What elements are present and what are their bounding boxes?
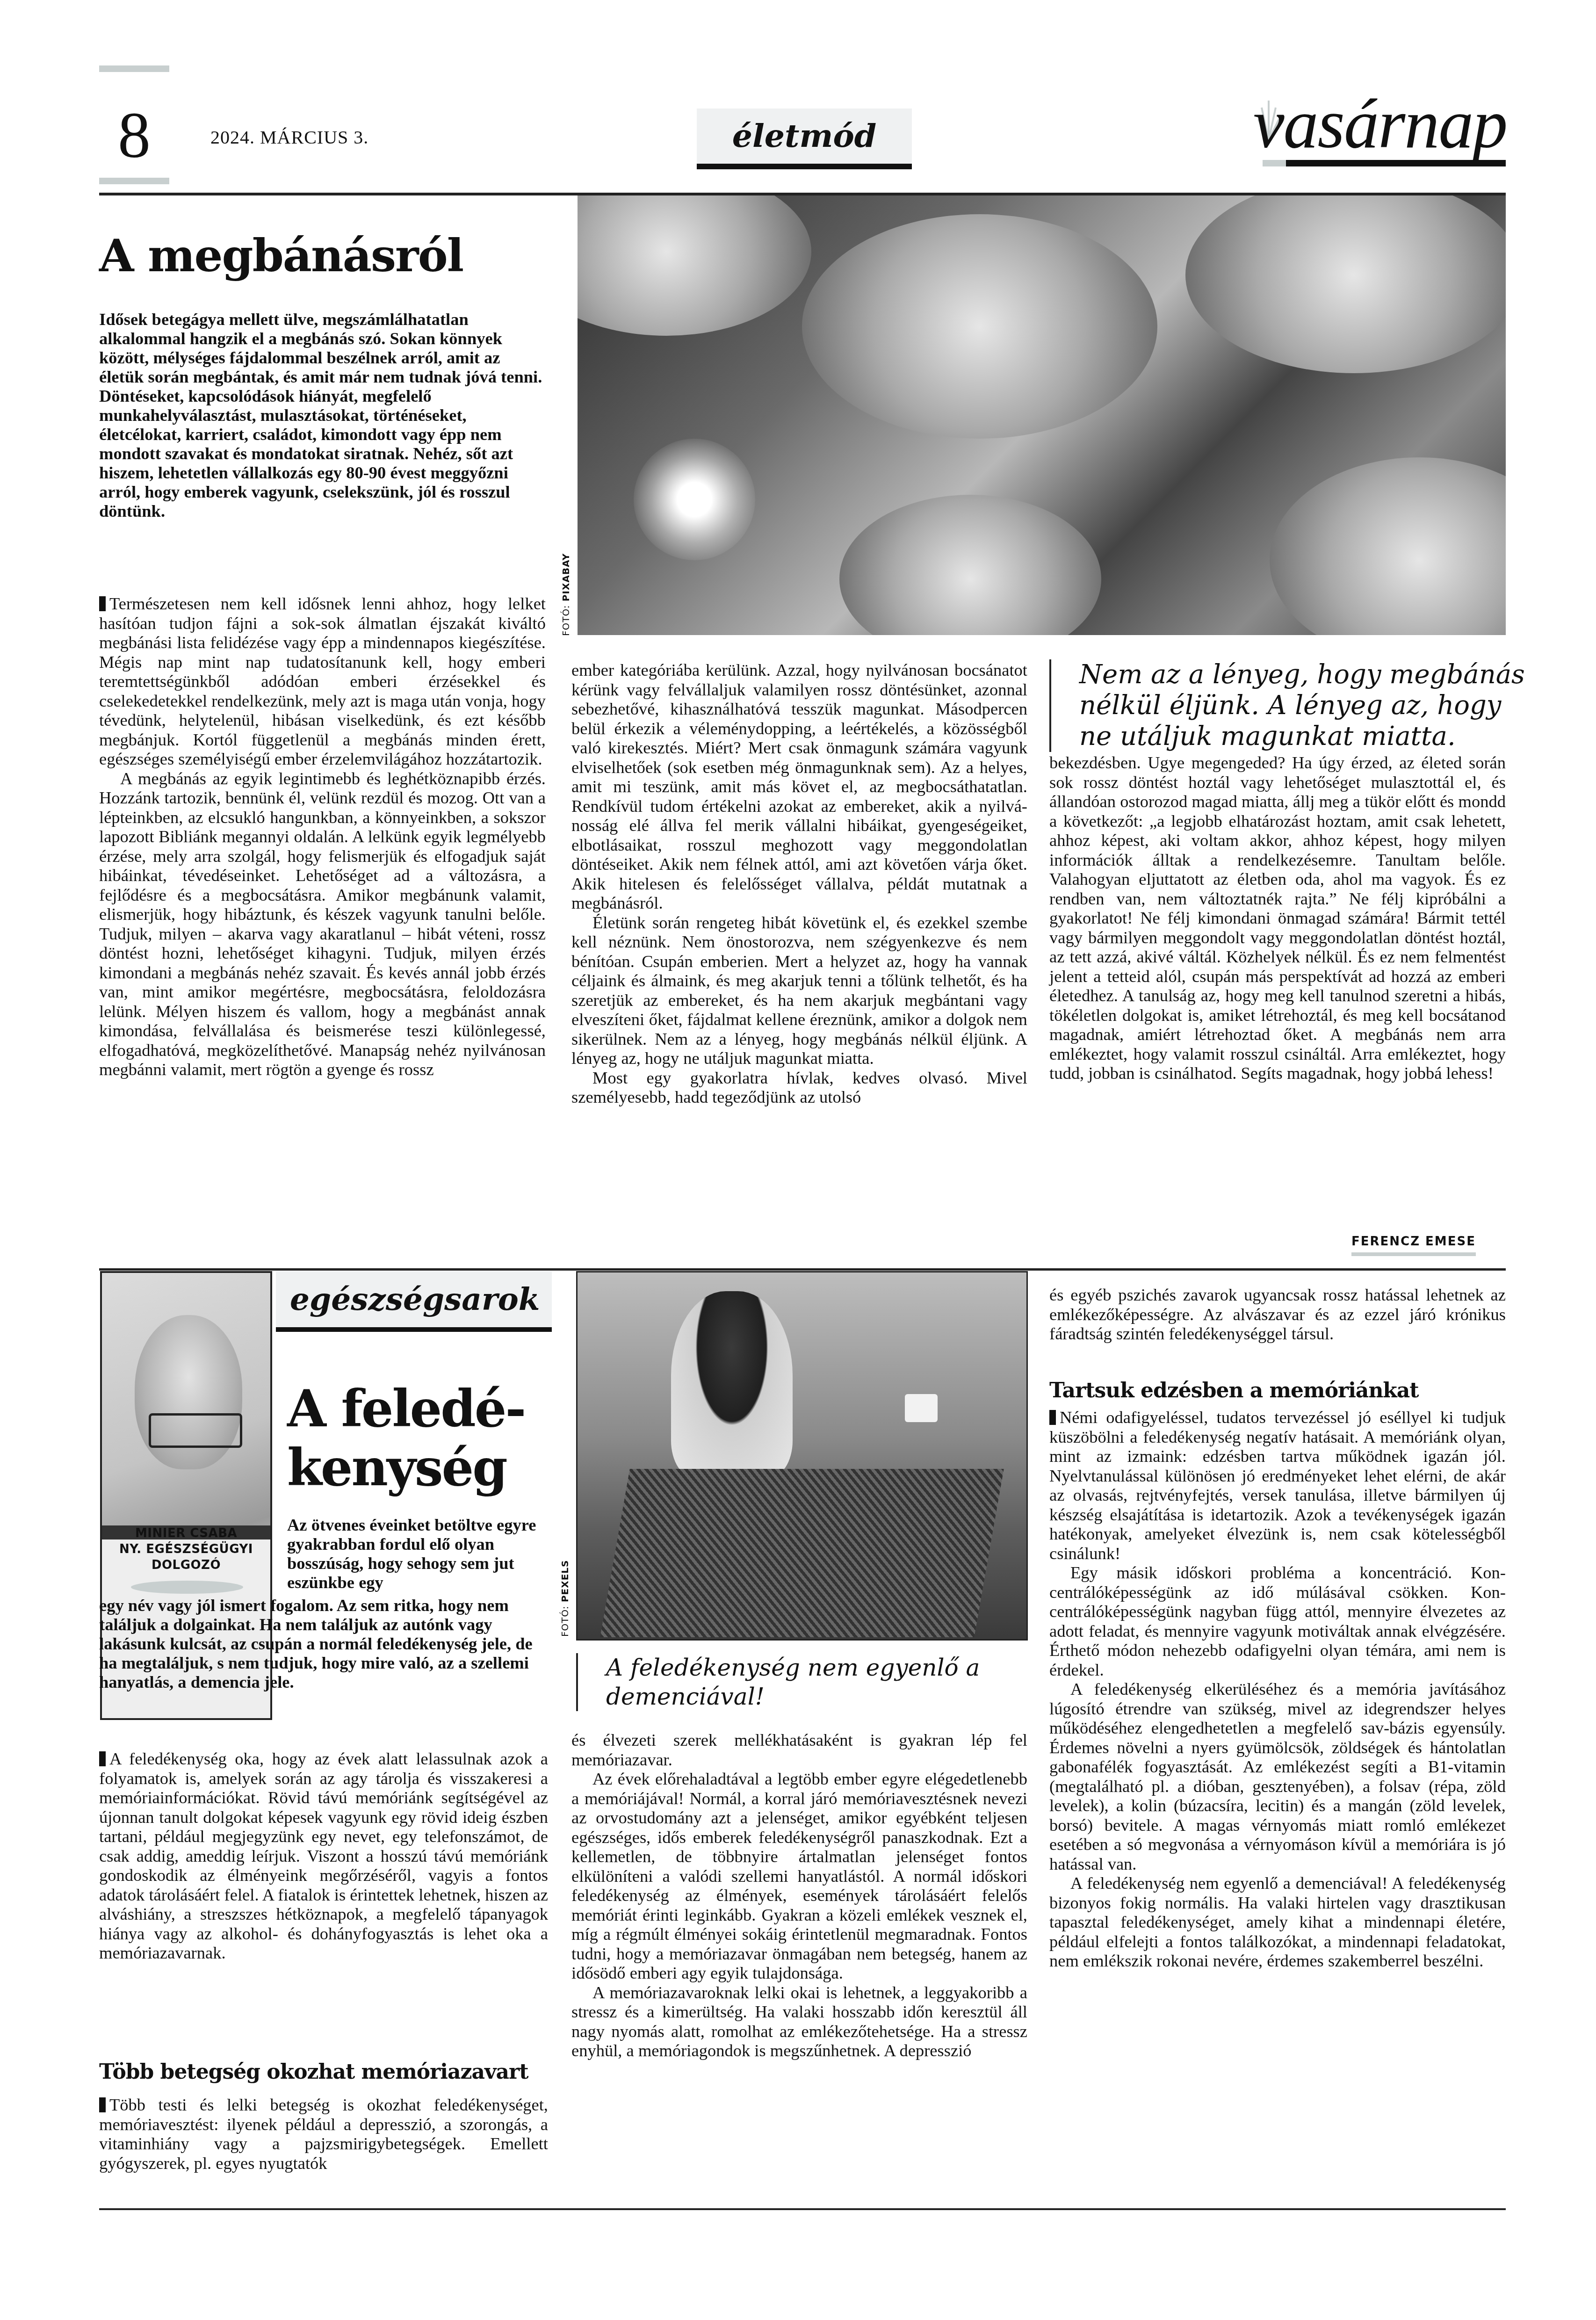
pull-quote: Nem az a lényeg, hogy megbánás nélkül él… [1049, 659, 1528, 752]
article-headline: A megbánásról [99, 229, 463, 282]
subheading: Tartsuk edzésben a memóriánkat [1049, 1379, 1419, 1402]
paragraph-marker [99, 1751, 106, 1766]
issue-date: 2024. MÁRCIUS 3. [210, 126, 368, 148]
page-number-bar-bottom [99, 178, 169, 184]
subheading: Több betegség okozhat memóriazavart [99, 2060, 528, 2084]
author-decoration [131, 1581, 243, 1594]
article-column-2: és élvezeti szerek mellékhatásaként is g… [571, 1730, 1027, 2060]
column-tab: egészségsarok [276, 1271, 552, 1332]
water-lily-photo [578, 195, 1506, 635]
page-number: 8 [99, 103, 169, 168]
article-column-1: A feledékenység oka, hogy az évek alatt … [99, 1749, 548, 1963]
author-name: MINIER CSABA [100, 1525, 272, 1541]
article-column-2: ember kategóriába kerülünk. Azzal, hogy … [571, 660, 1027, 1107]
article-column-3: bekezdésben. Ugye megengeded? Ha úgy érz… [1049, 753, 1506, 1083]
author-info: MINIER CSABA NY. EGÉSZSÉGÜGYI DOLGOZÓ [100, 1525, 272, 1573]
article-headline: A feledé- kenység [287, 1380, 549, 1497]
article-column-3: és egyéb pszichés zavarok ugyancsak ross… [1049, 1285, 1506, 1344]
footer-rule [99, 2208, 1506, 2210]
section-label: életmód [697, 108, 912, 164]
photo-credit: FOTÓ: PIXABAY [560, 553, 571, 636]
paragraph-marker [1049, 1410, 1056, 1425]
article-column-1: Természetesen nem kell idősnek lenni ahh… [99, 594, 546, 1079]
logo-underline [1263, 160, 1506, 166]
puzzle-photo [576, 1271, 1028, 1641]
page-number-bar-top [99, 65, 169, 72]
article-lead: Idősek betegágya mellett ülve, megszámlá… [99, 310, 546, 520]
article-lead-continued: egy név vagy jól ismert fogalom. Az sem … [99, 1596, 548, 1691]
sun-reflection [634, 439, 755, 560]
section-tab: életmód [697, 108, 912, 169]
pull-quote: A feledékenység nem egyenlő a demenciáva… [576, 1653, 1027, 1711]
article-column-1-continued: Több testi és lelki betegség is okozhat … [99, 2095, 548, 2173]
photo-credit: FOTÓ: PEXELS [559, 1560, 571, 1637]
section-divider [99, 1268, 1506, 1271]
author-byline: FERENCZ EMESE [1351, 1235, 1476, 1256]
author-title: NY. EGÉSZSÉGÜGYI [100, 1541, 272, 1557]
paragraph-marker [99, 2097, 106, 2112]
article-lead: Az ötvenes éveinket betöltve egyre gyakr… [287, 1515, 549, 1592]
newspaper-logo: vasárnap [1253, 89, 1506, 159]
column-label: egészségsarok [276, 1271, 552, 1327]
article-column-3-continued: Némi odafigyeléssel, tudatos tervezéssel… [1049, 1408, 1506, 1971]
paragraph-marker [99, 596, 106, 611]
